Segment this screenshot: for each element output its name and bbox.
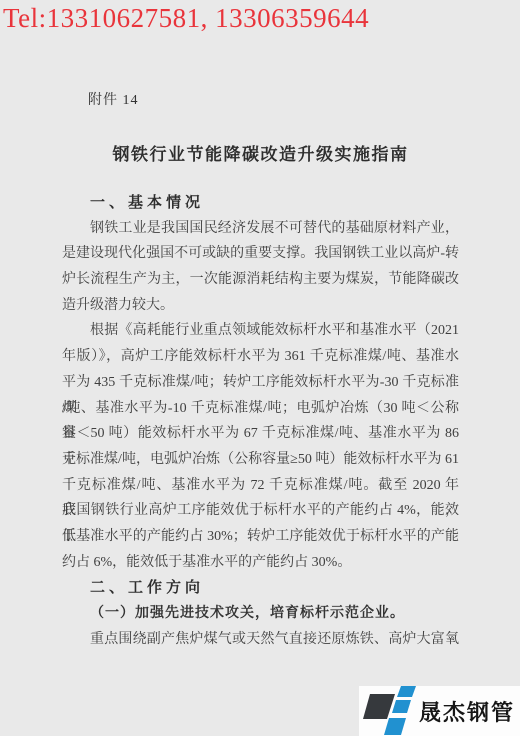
body-line: 约占 6%，能效低于基准水平的产能约占 30%。 <box>62 550 459 576</box>
body-line: 根据《高耗能行业重点领域能效标杆水平和基准水平（2021 <box>62 318 459 344</box>
body-line: 于基准水平的产能约占 30%；转炉工序能效优于标杆水平的产能 <box>62 524 459 550</box>
document-body: 一、基本情况 钢铁工业是我国国民经济发展不可替代的基础原材料产业， 是建设现代化… <box>62 190 459 652</box>
brand-watermark: 晟杰钢管 <box>359 686 520 736</box>
document-title: 钢铁行业节能降碳改造升级实施指南 <box>62 140 459 165</box>
body-line: 克标准煤/吨，电弧炉冶炼（公称容量≥50 吨）能效标杆水平为 61 <box>62 447 459 473</box>
screenshot-root: Tel:13310627581, 13306359644 附件 14 钢铁行业节… <box>0 0 520 736</box>
body-line: 年版）》，高炉工序能效标杆水平为 361 千克标准煤/吨、基准水 <box>62 344 459 370</box>
body-line: 钢铁工业是我国国民经济发展不可替代的基础原材料产业， <box>62 216 459 242</box>
body-line: 炉长流程生产为主，一次能源消耗结构主要为煤炭，节能降碳改 <box>62 267 459 293</box>
section-heading-2: 二、工作方向 <box>62 575 459 601</box>
body-line: /吨、基准水平为-10 千克标准煤/吨；电弧炉冶炼（30 吨＜公称容 <box>62 396 459 422</box>
brand-name: 晟杰钢管 <box>419 696 515 727</box>
body-line: 千克标准煤/吨、基准水平为 72 千克标准煤/吨。截至 2020 年底， <box>62 473 459 499</box>
body-line: 重点围绕副产焦炉煤气或天然气直接还原炼铁、高炉大富氧 <box>62 627 459 653</box>
body-line: 量＜50 吨）能效标杆水平为 67 千克标准煤/吨、基准水平为 86 千 <box>62 421 459 447</box>
brand-logo-icon <box>363 686 417 736</box>
phone-banner: Tel:13310627581, 13306359644 <box>3 3 369 33</box>
body-line: 是建设现代化强国不可或缺的重要支撑。我国钢铁工业以高炉-转 <box>62 241 459 267</box>
body-line: 造升级潜力较大。 <box>62 293 459 319</box>
sub-heading: （一）加强先进技术攻关，培育标杆示范企业。 <box>62 601 459 627</box>
body-line: 我国钢铁行业高炉工序能效优于标杆水平的产能约占 4%，能效低 <box>62 498 459 524</box>
section-heading-1: 一、基本情况 <box>62 190 459 216</box>
attachment-label: 附件 14 <box>88 89 139 109</box>
body-line: 平为 435 千克标准煤/吨；转炉工序能效标杆水平为-30 千克标准煤 <box>62 370 459 396</box>
